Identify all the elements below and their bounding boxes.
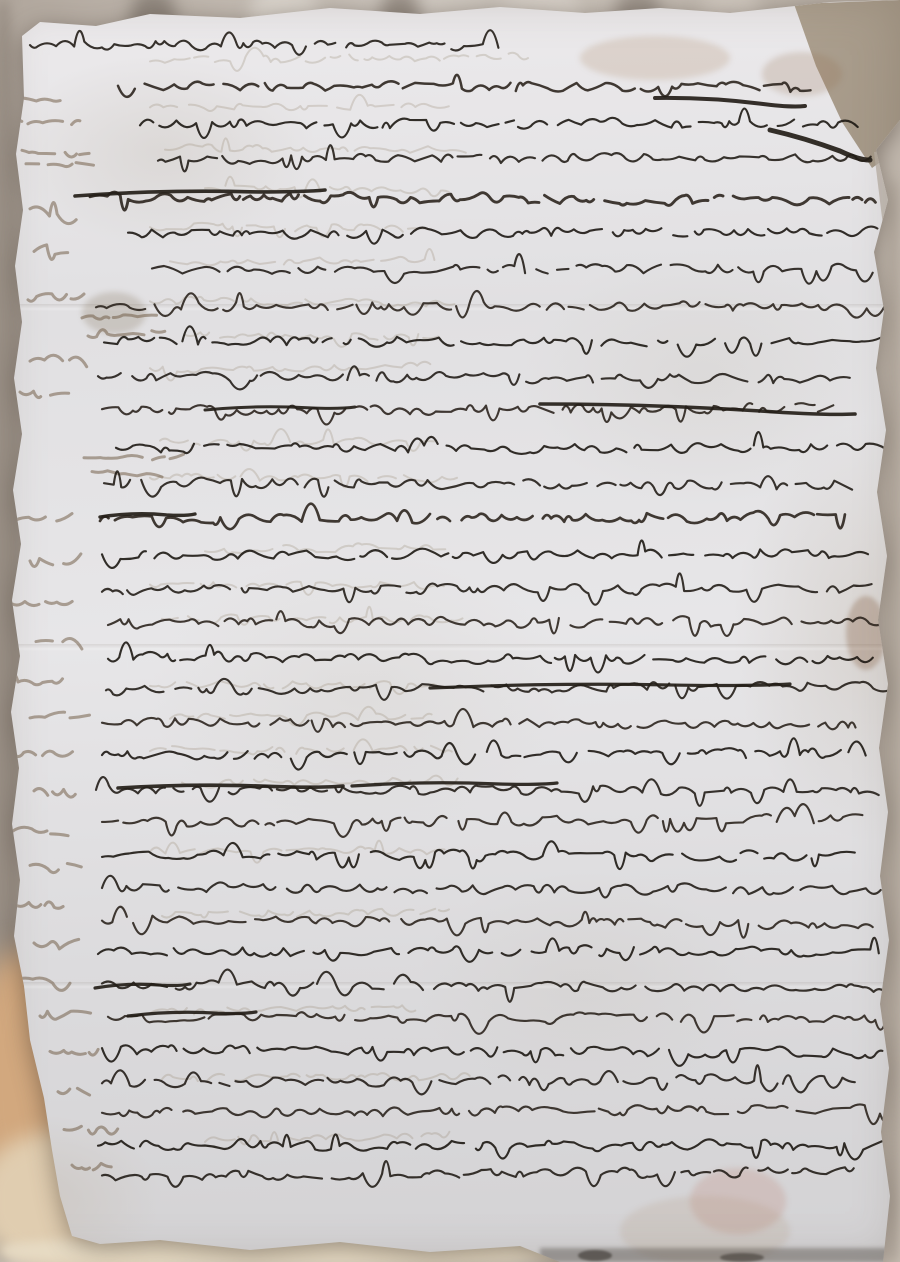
verso-bleed-line: [160, 429, 442, 451]
strike-through-stroke: [770, 130, 870, 160]
handwriting-line: [30, 30, 508, 55]
margin-bleed-mark: [28, 294, 84, 302]
verso-bleed-line: [170, 249, 434, 265]
handwriting-line: [96, 777, 879, 806]
handwriting-line: [102, 541, 868, 568]
margin-bleed-mark: [30, 554, 81, 567]
margin-bleed-mark: [30, 203, 83, 224]
handwriting-line: [118, 75, 822, 97]
handwriting-line: [98, 938, 879, 962]
verso-bleed-line: [150, 297, 455, 307]
handwriting-line: [140, 109, 867, 138]
handwriting-line: [102, 907, 873, 938]
margin-bleed-mark: [34, 245, 68, 260]
margin-bleed-mark: [36, 639, 82, 649]
margin-bleed-mark: [16, 902, 63, 908]
strike-through-stroke: [540, 404, 855, 414]
handwriting-line: [152, 254, 873, 284]
handwriting-line: [104, 326, 881, 356]
verso-bleed-line: [162, 1073, 470, 1082]
paper-shadow-wrap: [0, 0, 900, 1262]
margin-bleed-mark: [34, 939, 79, 949]
bottom-smudge: [578, 1250, 612, 1261]
margin-bleed-mark: [8, 98, 60, 101]
verso-bleed-line: [150, 48, 532, 71]
margin-bleed-mark: [30, 355, 87, 366]
verso-bleed-line: [205, 1132, 449, 1145]
handwriting-line: [90, 192, 875, 210]
verso-bleed-line: [150, 582, 444, 595]
verso-bleed-line: [182, 776, 458, 788]
strike-through-stroke: [75, 190, 325, 196]
scanned-manuscript: [0, 0, 900, 1262]
handwriting-line: [116, 432, 885, 454]
verso-bleed-line: [205, 543, 445, 553]
margin-bleed-mark: [16, 514, 72, 521]
handwriting-line: [108, 642, 873, 672]
handwriting-line: [108, 1012, 886, 1034]
handwriting-line: [102, 403, 833, 424]
margin-bleed-mark: [14, 751, 73, 756]
handwriting-line: [102, 970, 883, 1002]
handwriting-line: [102, 804, 862, 837]
strike-through-stroke: [95, 984, 190, 988]
verso-bleed-line: [165, 138, 466, 152]
verso-bleed-line: [162, 607, 463, 625]
verso-bleed-line: [170, 707, 443, 726]
torn-edge-notch: [0, 0, 900, 1262]
verso-bleed-line: [150, 95, 449, 111]
margin-bleed-mark: [22, 150, 89, 157]
margin-bleed-mark: [72, 1163, 122, 1170]
strike-through-stroke: [100, 514, 195, 517]
verso-bleed-line: [162, 909, 449, 918]
rust-stain: [580, 36, 730, 80]
handwriting-line: [128, 227, 877, 244]
strike-through-stroke: [430, 684, 790, 688]
verso-bleed-line: [150, 362, 430, 381]
margin-bleed-mark: [34, 789, 75, 798]
handwriting-line: [102, 1045, 882, 1066]
fold-crease: [10, 644, 890, 651]
strike-through-stroke: [118, 785, 343, 788]
margin-bleed-mark: [30, 864, 81, 873]
margin-bleed-mark: [12, 827, 68, 835]
torn-corner-flap: [0, 0, 900, 1262]
bottom-shadow-band: [540, 1248, 900, 1262]
margin-bleed-mark: [14, 978, 70, 990]
ink-smudge: [82, 292, 146, 334]
margin-bleed-mark: [26, 163, 97, 167]
verso-bleed-line: [150, 841, 456, 863]
handwriting-line: [106, 679, 892, 700]
fold-crease: [10, 982, 890, 989]
strike-through-stroke: [655, 98, 805, 107]
strike-through-stroke: [352, 783, 557, 786]
margin-bleed-mark: [88, 330, 165, 338]
margin-bleed-mark: [12, 601, 72, 605]
verso-bleed-line: [150, 1005, 425, 1014]
margin-bleed-mark: [20, 391, 72, 397]
margin-bleed-mark: [92, 471, 162, 477]
strike-through-stroke: [128, 1012, 256, 1016]
margin-bleed-mark: [10, 674, 63, 685]
handwriting-line: [102, 709, 856, 732]
margin-bleed-mark: [64, 1126, 118, 1134]
handwriting-line: [102, 841, 859, 869]
handwriting-line: [102, 1104, 896, 1124]
edge-stain: [846, 596, 886, 670]
margin-bleed-mark: [58, 1088, 101, 1095]
fold-crease: [10, 304, 890, 311]
foxing-stain: [620, 1196, 790, 1262]
verso-bleed-line: [205, 177, 449, 197]
handwriting-line: [96, 291, 884, 318]
margin-bleed-mark: [30, 712, 90, 718]
rust-stain: [762, 52, 842, 96]
margin-bleed-mark: [84, 454, 184, 460]
verso-bleed-line: [150, 681, 437, 694]
manuscript-page: [0, 0, 900, 1262]
handwriting-line: [98, 1134, 882, 1159]
handwriting-line: [102, 573, 872, 604]
handwriting-line: [102, 1065, 855, 1094]
handwriting-line: [100, 504, 845, 529]
verso-bleed-line: [150, 469, 463, 487]
verso-bleed-line: [185, 332, 446, 347]
handwriting-line: [158, 145, 871, 171]
margin-bleed-mark: [82, 315, 157, 319]
margin-bleed-mark: [14, 120, 80, 124]
margin-bleed-mark: [50, 1049, 98, 1055]
handwriting-line: [102, 738, 866, 769]
strike-through-stroke: [205, 407, 355, 410]
handwriting-line: [102, 1161, 854, 1187]
handwriting-line: [108, 611, 883, 636]
handwriting-line: [98, 366, 850, 389]
bottom-smudge: [720, 1253, 764, 1262]
verso-bleed-line: [150, 223, 434, 237]
handwriting-ink: [0, 0, 900, 1262]
margin-bleed-mark: [40, 1011, 97, 1019]
foxing-stain: [690, 1168, 786, 1234]
handwriting-line: [102, 876, 881, 898]
verso-bleed-line: [150, 739, 452, 754]
handwriting-line: [104, 471, 852, 496]
